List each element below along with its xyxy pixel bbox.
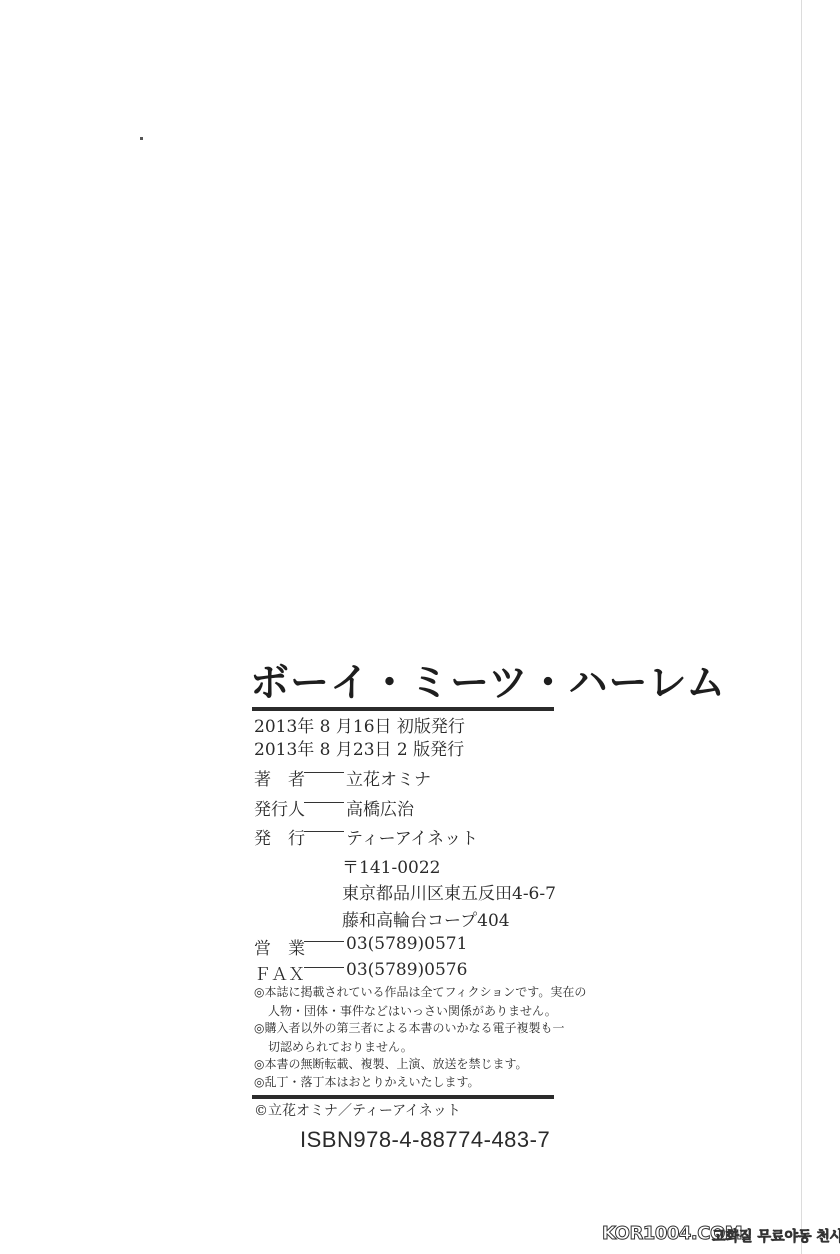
- copyright: ©立花オミナ／ティーアイネット: [254, 1100, 461, 1120]
- contact-fax: ＦＡＸ 03(5789)0576: [254, 960, 467, 985]
- credit-value: 立花オミナ: [346, 765, 431, 790]
- dash-divider: [304, 831, 344, 832]
- credit-publisher: 発 行 ティーアイネット: [254, 824, 478, 849]
- bottom-rule: [252, 1095, 554, 1099]
- edition-second: 2013年 8 月23日 2 版発行: [254, 735, 464, 760]
- notice-reproduction: ◎本書の無断転載、複製、上演、放送を禁じます。: [254, 1055, 528, 1073]
- address-postal: 〒141-0022: [342, 853, 440, 878]
- contact-label: ＦＡＸ: [254, 960, 302, 985]
- credit-value: 高橋広治: [346, 795, 414, 820]
- credit-author: 著 者 立花オミナ: [254, 765, 431, 790]
- notice-defects: ◎乱丁・落丁本はおとりかえいたします。: [254, 1073, 480, 1091]
- contact-sales: 営 業 03(5789)0571: [254, 934, 467, 959]
- dash-divider: [304, 967, 344, 968]
- notice-fiction: ◎本誌に掲載されている作品は全てフィクションです。実在の: [254, 983, 586, 1001]
- watermark-tagline: 고화질 무료야동 천사티비: [712, 1226, 840, 1246]
- edition-first: 2013年 8 月16日 初版発行: [254, 712, 465, 737]
- book-title: ボーイ・ミーツ・ハーレム: [250, 652, 726, 708]
- contact-value: 03(5789)0576: [346, 960, 467, 985]
- contact-value: 03(5789)0571: [346, 934, 467, 959]
- credit-label: 発行人: [254, 795, 302, 820]
- top-rule: [252, 707, 554, 711]
- isbn: ISBN978-4-88774-483-7: [300, 1127, 550, 1153]
- contact-label: 営 業: [254, 934, 302, 959]
- notice-digital-cont: 切認められておりません。: [268, 1038, 413, 1055]
- credit-label: 発 行: [254, 824, 302, 849]
- scan-speck: [140, 137, 143, 140]
- dash-divider: [304, 941, 344, 942]
- dash-divider: [304, 772, 344, 773]
- notice-digital: ◎購入者以外の第三者による本書のいかなる電子複製も一: [254, 1019, 564, 1037]
- dash-divider: [304, 802, 344, 803]
- page-edge-line: [801, 0, 802, 1254]
- credit-value: ティーアイネット: [346, 824, 478, 849]
- notice-fiction-cont: 人物・団体・事件などはいっさい関係がありません。: [268, 1002, 557, 1019]
- credit-label: 著 者: [254, 765, 302, 790]
- credit-publisher-person: 発行人 高橋広治: [254, 795, 414, 820]
- address-line1: 東京都品川区東五反田4-6-7: [342, 879, 556, 904]
- address-line2: 藤和高輪台コープ404: [342, 906, 510, 931]
